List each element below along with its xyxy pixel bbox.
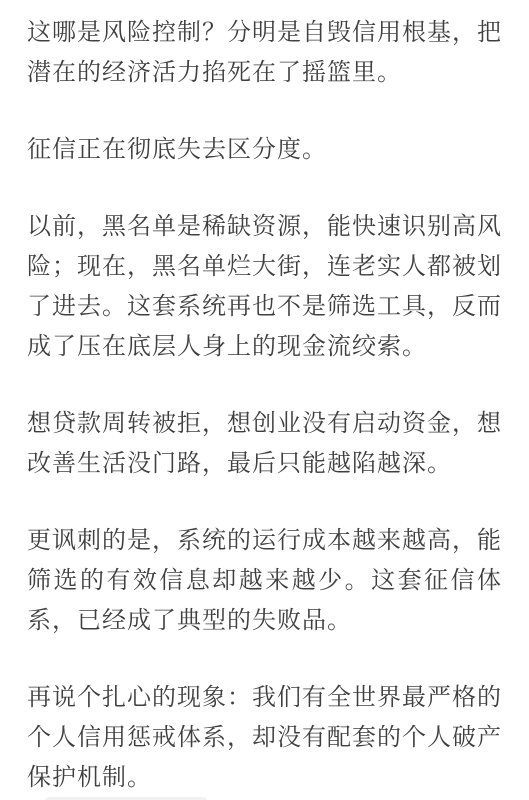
paragraph: 征信正在彻底失去区分度。 (27, 129, 502, 169)
paragraph: 想贷款周转被拒，想创业没有启动资金，想改善生活没门路，最后只能越陷越深。 (27, 403, 502, 483)
paragraph: 这哪是风险控制？分明是自毁信用根基，把潜在的经济活力掐死在了摇篮里。 (27, 12, 502, 92)
article-body: 这哪是风险控制？分明是自毁信用根基，把潜在的经济活力掐死在了摇篮里。 征信正在彻… (0, 0, 529, 797)
paragraph: 以前，黑名单是稀缺资源，能快速识别高风险；现在，黑名单烂大街，连老实人都被划了进… (27, 206, 502, 366)
paragraph: 再说个扎心的现象：我们有全世界最严格的个人信用惩戒体系，却没有配套的个人破产保护… (27, 677, 502, 797)
paragraph: 更讽刺的是，系统的运行成本越来越高，能筛选的有效信息却越来越少。这套征信体系，已… (27, 520, 502, 640)
article-reader-screen: 这哪是风险控制？分明是自毁信用根基，把潜在的经济活力掐死在了摇篮里。 征信正在彻… (0, 0, 529, 800)
